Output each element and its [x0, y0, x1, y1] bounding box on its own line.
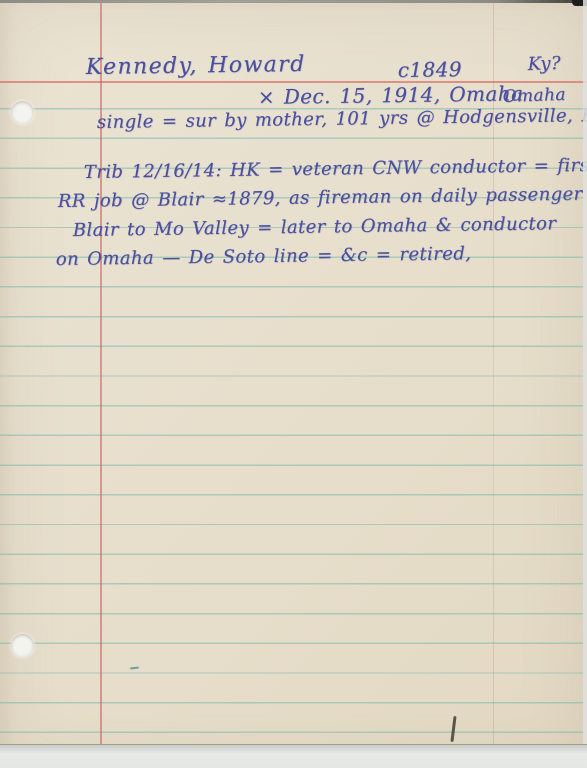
hole-punch-top — [11, 101, 34, 124]
hole-punch-bottom — [11, 634, 34, 657]
handwritten-residence-note: Omaha — [502, 85, 566, 107]
handwritten-birth-year: c1849 — [398, 57, 462, 82]
handwritten-death-date: × Dec. 15, 1914, Omaha — [258, 81, 524, 109]
handwritten-state-query: Ky? — [527, 53, 561, 75]
scan-edge-top — [0, 0, 587, 3]
handwritten-name: Kennedy, Howard — [86, 52, 306, 80]
notebook-page: Kennedy, Howard c1849 Ky? × Dec. 15, 191… — [0, 0, 587, 768]
scan-edge-bottom — [0, 744, 587, 768]
scan-edge-right — [583, 0, 587, 744]
